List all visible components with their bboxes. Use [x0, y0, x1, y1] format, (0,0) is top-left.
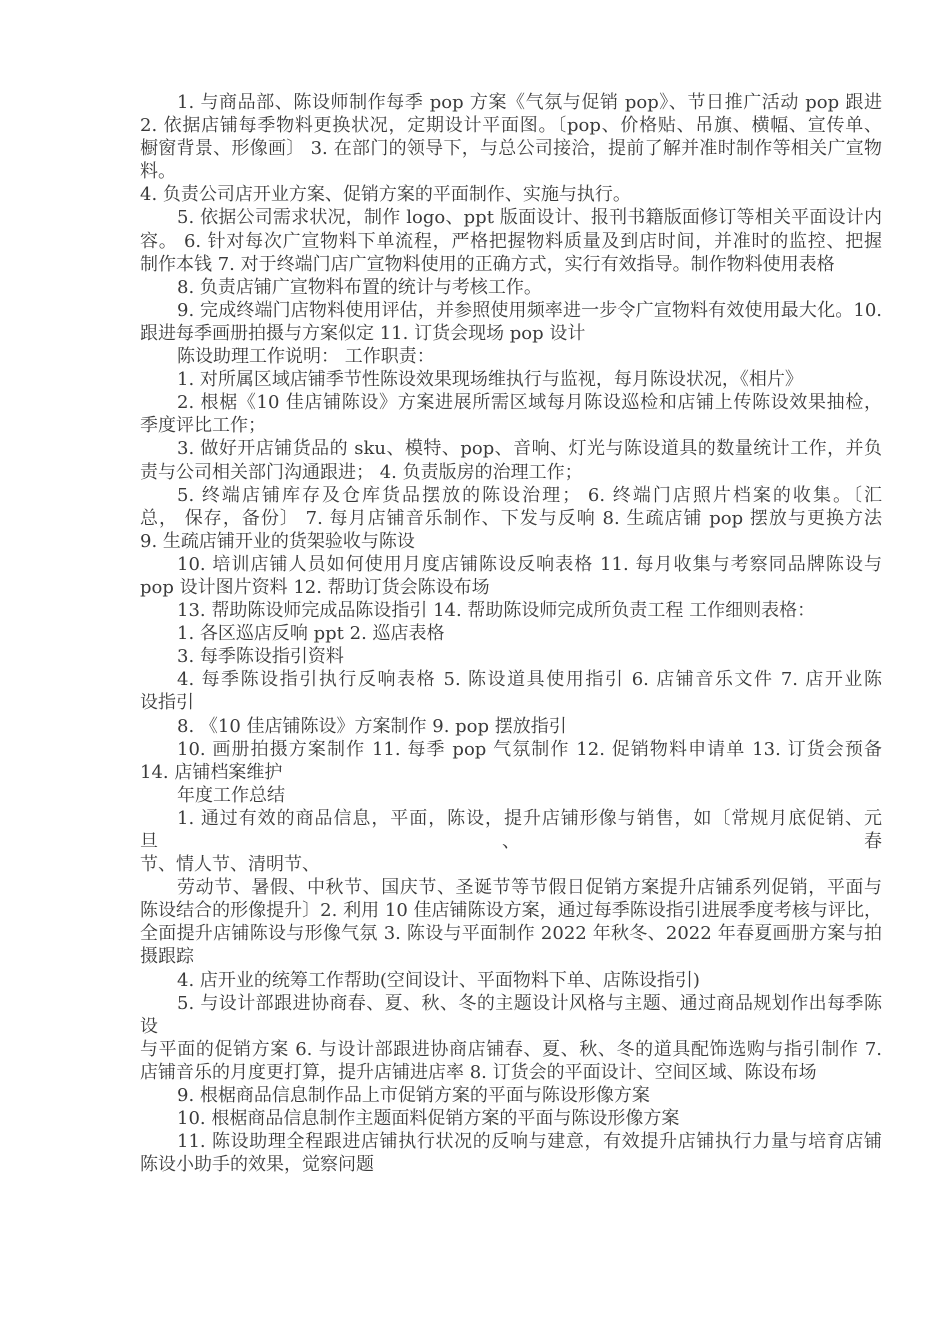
text-line: 与平面的促销方案 6. 与设计部跟进协商店铺春、夏、秋、冬的道具配饰选购与指引制… — [140, 1038, 882, 1061]
text-line: 橱窗背景、形像画〕 3. 在部门的领导下，与总公司接洽，提前了解并准时制作等相关… — [140, 137, 882, 160]
text-line: 14. 店铺档案维护 — [140, 761, 882, 784]
text-line: 5. 与设计部跟进协商春、夏、秋、冬的主题设计风格与主题、通过商品规划作出每季陈… — [140, 992, 882, 1038]
document-body: 1. 与商品部、陈设师制作每季 pop 方案《气氛与促销 pop》、节日推广活动… — [140, 91, 882, 1176]
text-line: 11. 陈设助理全程跟进店铺执行状况的反响与建意，有效提升店铺执行力量与培育店铺 — [140, 1130, 882, 1153]
text-line: 1. 对所属区域店铺季节性陈设效果现场维执行与监视，每月陈设状况，《相片》 — [140, 368, 882, 391]
text-line: 3. 做好开店铺货品的 sku、模特、pop、音响、灯光与陈设道具的数量统计工作… — [140, 437, 882, 460]
text-line: 劳动节、暑假、中秋节、国庆节、圣诞节等节假日促销方案提升店铺系列促销，平面与 — [140, 876, 882, 899]
text-line: 9. 完成终端门店物料使用评估，并参照使用频率进一步令广宣物料有效使用最大化。1… — [140, 299, 882, 322]
text-line: 5. 依据公司需求状况，制作 logo、ppt 版面设计、报刊书籍版面修订等相关… — [140, 206, 882, 229]
text-line: pop 设计图片资料 12. 帮助订货会陈设布场 — [140, 576, 882, 599]
text-line: 摄跟踪 — [140, 945, 882, 968]
text-line: 9. 生疏店铺开业的货架验收与陈设 — [140, 530, 882, 553]
text-line: 8. 《10 佳店铺陈设》方案制作 9. pop 摆放指引 — [140, 715, 882, 738]
text-line: 3. 每季陈设指引资料 — [140, 645, 882, 668]
document-page: 1. 与商品部、陈设师制作每季 pop 方案《气氛与促销 pop》、节日推广活动… — [0, 0, 950, 1344]
text-line: 4. 店开业的统筹工作帮助(空间设计、平面物料下单、店陈设指引) — [140, 969, 882, 992]
text-line: 10. 画册拍摄方案制作 11. 每季 pop 气氛制作 12. 促销物料申请单… — [140, 738, 882, 761]
text-line: 责与公司相关部门沟通跟进； 4. 负责版房的治理工作； — [140, 461, 882, 484]
text-line: 陈设小助手的效果，觉察问题 — [140, 1153, 882, 1176]
text-line: 5. 终端店铺库存及仓库货品摆放的陈设治理； 6. 终端门店照片档案的收集。〔汇 — [140, 484, 882, 507]
text-line: 季度评比工作； — [140, 414, 882, 437]
text-line: 4. 每季陈设指引执行反响表格 5. 陈设道具使用指引 6. 店铺音乐文件 7.… — [140, 668, 882, 691]
text-line: 1. 通过有效的商品信息，平面，陈设，提升店铺形像与销售，如〔常规月底促销、元旦… — [140, 807, 882, 853]
text-line: 容。 6. 针对每次广宣物料下单流程，严格把握物料质量及到店时间，并准时的监控、… — [140, 230, 882, 253]
text-line: 年度工作总结 — [140, 784, 882, 807]
text-line: 料。 — [140, 160, 882, 183]
text-line: 全面提升店铺陈设与形像气氛 3. 陈设与平面制作 2022 年秋冬、2022 年… — [140, 922, 882, 945]
text-line: 陈设结合的形像提升〕2. 利用 10 佳店铺陈设方案，通过每季陈设指引进展季度考… — [140, 899, 882, 922]
text-line: 总， 保存，备份〕 7. 每月店铺音乐制作、下发与反响 8. 生疏店铺 pop … — [140, 507, 882, 530]
text-line: 2. 依据店铺每季物料更换状况，定期设计平面图。〔pop、价格贴、吊旗、横幅、宣… — [140, 114, 882, 137]
text-line: 1. 与商品部、陈设师制作每季 pop 方案《气氛与促销 pop》、节日推广活动… — [140, 91, 882, 114]
text-line: 制作本钱 7. 对于终端门店广宣物料使用的正确方式，实行有效指导。制作物料使用表… — [140, 253, 882, 276]
text-line: 跟进每季画册拍摄与方案似定 11. 订货会现场 pop 设计 — [140, 322, 882, 345]
text-line: 节、情人节、清明节、 — [140, 853, 882, 876]
text-line: 4. 负责公司店开业方案、促销方案的平面制作、实施与执行。 — [140, 183, 882, 206]
text-line: 店铺音乐的月度更打算，提升店铺进店率 8. 订货会的平面设计、空间区域、陈设布场 — [140, 1061, 882, 1084]
text-line: 8. 负责店铺广宣物料布置的统计与考核工作。 — [140, 276, 882, 299]
text-line: 1. 各区巡店反响 ppt 2. 巡店表格 — [140, 622, 882, 645]
text-line: 10. 根椐商品信息制作主题面料促销方案的平面与陈设形像方案 — [140, 1107, 882, 1130]
text-line: 陈设助理工作说明： 工作职责： — [140, 345, 882, 368]
text-line: 设指引 — [140, 691, 882, 714]
text-line: 13. 帮助陈设师完成品陈设指引 14. 帮助陈设师完成所负责工程 工作细则表格… — [140, 599, 882, 622]
text-line: 9. 根椐商品信息制作品上市促销方案的平面与陈设形像方案 — [140, 1084, 882, 1107]
text-line: 2. 根椐《10 佳店铺陈设》方案进展所需区域每月陈设巡检和店铺上传陈设效果抽检… — [140, 391, 882, 414]
text-line: 10. 培训店铺人员如何使用月度店铺陈设反响表格 11. 每月收集与考察同品牌陈… — [140, 553, 882, 576]
